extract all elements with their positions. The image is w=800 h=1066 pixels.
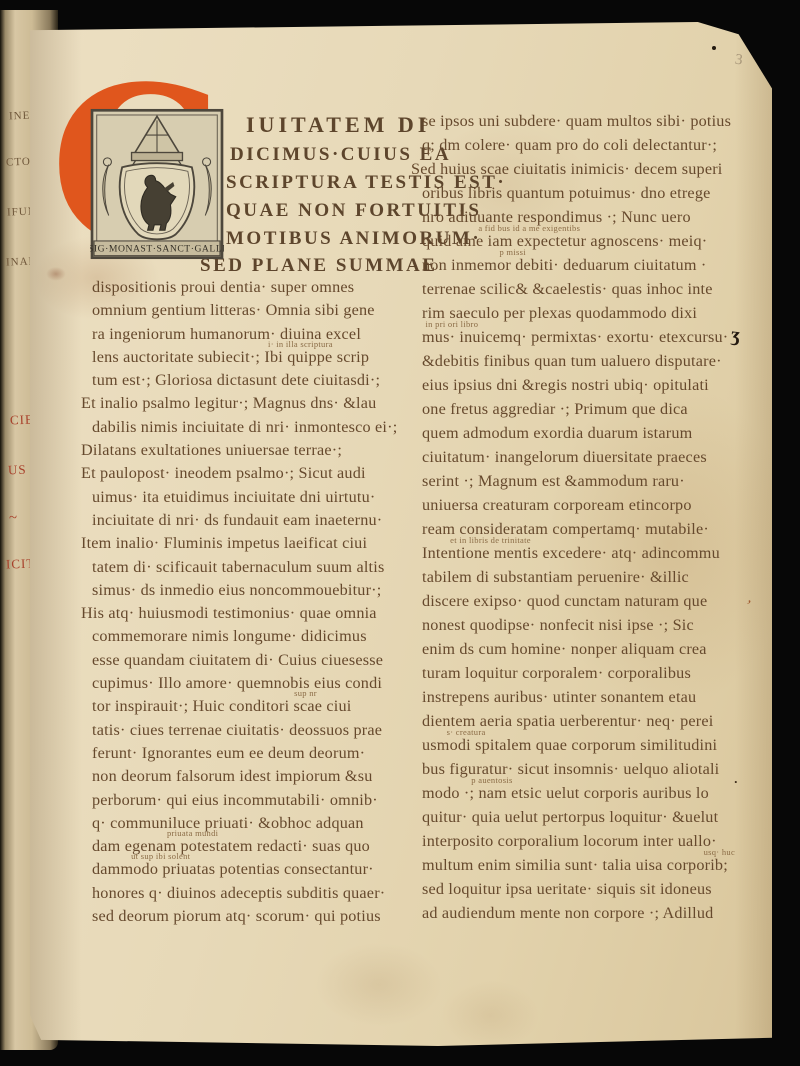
text-line: i· in illa scripturalens auctoritate sub… — [92, 344, 418, 367]
line-text: inciuitate di nri· ds fundauit eam inaet… — [92, 511, 382, 529]
line-text: dammodo priuatas potentias consectantur· — [92, 860, 374, 878]
text-line: nonest quodipse· nonfecit nisi ipse ·; S… — [422, 612, 774, 636]
line-text: His atq· huiusmodi testimonius· quae omn… — [81, 604, 377, 622]
text-line: dabilis nimis inciuitate di nri· inmonte… — [92, 414, 418, 437]
incipit-line: IUITATEM DI — [246, 112, 430, 138]
text-line: one fretus aggrediar ·; Primum que dica — [422, 396, 774, 420]
line-text: ad audiendum mente non corpore ·; Adillu… — [422, 904, 713, 922]
decorated-initial: C SIG — [58, 80, 238, 280]
text-line: tabilem di substantiam peruenire· &illic — [422, 564, 774, 588]
text-line: terrenae scilic& &caelestis· quas inhoc … — [422, 276, 774, 300]
text-line: perborum· qui eius incommutabili· omnib· — [92, 787, 418, 810]
interlinear-gloss: et in libris de trinitate — [450, 536, 531, 545]
spine-text-fragment: INE — [9, 110, 31, 123]
text-line: q· communiluce priuati· &obhoc adquan — [92, 810, 418, 833]
line-text: serint ·; Magnum est &ammodum raru· — [422, 472, 685, 490]
text-line: p missinon inmemor debiti· deduarum ciui… — [422, 252, 774, 276]
line-text: non deorum falsorum idest impiorum &su — [92, 767, 373, 785]
text-line: nro adiuuante respondimus ·; Nunc uero — [422, 204, 774, 228]
line-text: tatem di· scificauit tabernaculum suum a… — [92, 558, 384, 576]
line-text: se ipsos uni subdere· quam multos sibi· … — [422, 112, 731, 130]
line-text: &debitis finibus quan tum ualuero disput… — [422, 352, 722, 370]
text-line: turam loquitur corporalem· corporalibus — [422, 660, 774, 684]
interlinear-gloss: sup nr — [294, 689, 317, 698]
line-text: q· communiluce priuati· &obhoc adquan — [92, 814, 364, 832]
line-text: interposito corporalium locorum inter ua… — [422, 832, 717, 850]
text-column-left: dispositionis proui dentia· super omneso… — [92, 274, 418, 926]
text-line: se ipsos uni subdere· quam multos sibi· … — [422, 108, 774, 132]
text-line: inciuitate di nri· ds fundauit eam inaet… — [92, 507, 418, 530]
stamp-caption: SIG·MONAST·SANCT·GALLI — [90, 244, 224, 255]
text-line: tum est·; Gloriosa dictasunt dete ciuita… — [92, 367, 418, 390]
line-text: tatis· ciues terrenae ciuitatis· deossuo… — [92, 721, 382, 739]
text-line: ciuitatum· inangelorum diuersitate praec… — [422, 444, 774, 468]
interlinear-gloss: priuata mundi — [167, 829, 218, 838]
line-text: cupimus· Illo amore· quemnobis eius cond… — [92, 674, 382, 692]
manuscript-photo: INE CTOR IFUN INAR CIE US ~ ICIT 3 C — [0, 0, 800, 1066]
text-line: sed loquitur ipsa ueritate· siquis sit i… — [422, 876, 774, 900]
line-text: nonest quodipse· nonfecit nisi ipse ·; S… — [422, 616, 694, 634]
line-text: discere exipso· quod cunctam naturam que — [422, 592, 707, 610]
line-text: tabilem di substantiam peruenire· &illic — [422, 568, 689, 586]
interlinear-gloss: a fid bus id a me exigentibs — [478, 224, 580, 233]
text-line: q; dm colere· quam pro do coli delectant… — [422, 132, 774, 156]
text-line: cupimus· Illo amore· quemnobis eius cond… — [92, 670, 418, 693]
line-text: turam loquitur corporalem· corporalibus — [422, 664, 691, 682]
text-line: commemorare nimis longume· didicimus — [92, 623, 418, 646]
text-line: quitur· quia uelut pertorpus loquitur· &… — [422, 804, 774, 828]
line-text: omnium gentium litteras· Omnia sibi gene — [92, 301, 375, 319]
text-line: serint ·; Magnum est &ammodum raru· — [422, 468, 774, 492]
line-text: esse quandam ciuitatem di· Cuius ciueses… — [92, 651, 383, 669]
interlinear-gloss: usq· huc — [704, 848, 735, 857]
spine-rubric-fragment: US — [8, 462, 27, 479]
line-text: ferunt· Ignorantes eum ee deum deorum· — [92, 744, 365, 762]
line-text: tor inspirauit·; Huic conditori scae ciu… — [92, 697, 352, 715]
text-line: p auentosismodo ·; nam etsic uelut corpo… — [422, 780, 774, 804]
text-line: esse quandam ciuitatem di· Cuius ciueses… — [92, 647, 418, 670]
line-text: enim ds cum homine· nonper aliquam crea — [422, 640, 707, 658]
line-text: quem admodum exordia duarum istarum — [422, 424, 692, 442]
text-line: honores q· diuinos adeceptis subditis qu… — [92, 880, 418, 903]
line-text: Et paulopost· ineodem psalmo·; Sicut aud… — [81, 464, 366, 482]
text-line: &debitis finibus quan tum ualuero disput… — [422, 348, 774, 372]
text-column-right: se ipsos uni subdere· quam multos sibi· … — [422, 108, 774, 924]
line-text: non inmemor debiti· deduarum ciuitatum · — [422, 256, 706, 274]
line-text: eius ipsius dni &regis nostri ubiq· opit… — [422, 376, 709, 394]
line-text: sed loquitur ipsa ueritate· siquis sit i… — [422, 880, 712, 898]
line-text: lens auctoritate subiecit·; Ibi quippe s… — [92, 348, 369, 366]
line-text: Intentione mentis excedere· atq· adincom… — [422, 544, 720, 562]
line-text: perborum· qui eius incommutabili· omnib· — [92, 791, 378, 809]
st-gall-bear-stamp-icon: SIG·MONAST·SANCT·GALLI — [90, 108, 224, 260]
text-line: instrepens auribus· utinter sonantem eta… — [422, 684, 774, 708]
text-line: uimus· ita etuidimus inciuitate dni uirt… — [92, 484, 418, 507]
text-line: ad audiendum mente non corpore ·; Adillu… — [422, 900, 774, 924]
interlinear-gloss: p missi — [499, 248, 525, 257]
line-text: multum enim similia sunt· talia uisa cor… — [422, 856, 728, 874]
interlinear-gloss: s· creatura — [447, 728, 486, 737]
text-line: Dilatans exultationes uniuersae terrae·; — [92, 437, 418, 460]
spine-rubric-fragment: ~ — [9, 510, 19, 527]
text-line: eius ipsius dni &regis nostri ubiq· opit… — [422, 372, 774, 396]
text-line: oribus libris quantum potuimus· dno etre… — [422, 180, 774, 204]
line-text: bus figuratur· sicut insomnis· uelquo al… — [422, 760, 719, 778]
text-line: usq· hucmultum enim similia sunt· talia … — [422, 852, 774, 876]
line-text: instrepens auribus· utinter sonantem eta… — [422, 688, 696, 706]
line-text: honores q· diuinos adeceptis subditis qu… — [92, 884, 385, 902]
text-line: ut sup ibi solentdammodo priuatas potent… — [92, 856, 418, 879]
ink-dot — [712, 46, 716, 50]
interlinear-gloss: ut sup ibi solent — [131, 852, 190, 861]
text-line: tatis· ciues terrenae ciuitatis· deossuo… — [92, 717, 418, 740]
text-line: His atq· huiusmodi testimonius· quae omn… — [92, 600, 418, 623]
text-line: a fid bus id a me exigentibsquid ame iam… — [422, 228, 774, 252]
text-line: sed deorum piorum atq· scorum· qui potiu… — [92, 903, 418, 926]
line-text: Item inalio· Fluminis impetus laeificat … — [81, 534, 367, 552]
text-line: simus· ds inmedio eius noncommouebitur·; — [92, 577, 418, 600]
line-text: q; dm colere· quam pro do coli delectant… — [422, 136, 717, 154]
text-line: Et paulopost· ineodem psalmo·; Sicut aud… — [92, 460, 418, 483]
text-line: sup nrtor inspirauit·; Huic conditori sc… — [92, 693, 418, 716]
text-line: Item inalio· Fluminis impetus laeificat … — [92, 530, 418, 553]
folio-number: 3 — [733, 52, 743, 70]
interlinear-gloss: p auentosis — [471, 776, 512, 785]
text-line: quem admodum exordia duarum istarum — [422, 420, 774, 444]
interlinear-gloss: i· in illa scriptura — [268, 340, 333, 349]
text-line: ra ingeniorum humanorum· diuina excel — [92, 321, 418, 344]
line-text: Dilatans exultationes uniuersae terrae·; — [81, 441, 342, 459]
line-text: quid ame iam expectetur agnoscens· meiq· — [422, 232, 707, 250]
text-line: discere exipso· quod cunctam naturam que — [422, 588, 774, 612]
line-text: commemorare nimis longume· didicimus — [92, 627, 367, 645]
text-line: uniuersa creaturam corpoream etincorpo — [422, 492, 774, 516]
line-text: simus· ds inmedio eius noncommouebitur·; — [92, 581, 381, 599]
line-text: mus· inuicemq· permixtas· exortu· etexcu… — [422, 328, 728, 346]
text-line: Sed huius scae ciuitatis inimicis· decem… — [422, 156, 774, 180]
text-line: et in libris de trinitateIntentione ment… — [422, 540, 774, 564]
text-line: ferunt· Ignorantes eum ee deum deorum· — [92, 740, 418, 763]
line-text: ciuitatum· inangelorum diuersitate praec… — [422, 448, 707, 466]
line-text: terrenae scilic& &caelestis· quas inhoc … — [422, 280, 713, 298]
text-line: non deorum falsorum idest impiorum &su — [92, 763, 418, 786]
parchment-page: 3 C — [30, 22, 772, 1046]
text-line: in pri ori libromus· inuicemq· permixtas… — [422, 324, 774, 348]
margin-mark: · — [734, 774, 738, 790]
line-text: oribus libris quantum potuimus· dno etre… — [422, 184, 711, 202]
line-text: Sed huius scae ciuitatis inimicis· decem… — [411, 160, 723, 178]
text-line: enim ds cum homine· nonper aliquam crea — [422, 636, 774, 660]
line-text: uniuersa creaturam corpoream etincorpo — [422, 496, 692, 514]
interlinear-gloss: in pri ori libro — [426, 320, 479, 329]
line-text: Et inalio psalmo legitur·; Magnus dns· &… — [81, 394, 376, 412]
line-text: modo ·; nam etsic uelut corporis auribus… — [422, 784, 709, 802]
text-line: s· creaturausmodi spitalem quae corporum… — [422, 732, 774, 756]
line-text: dabilis nimis inciuitate di nri· inmonte… — [92, 418, 397, 436]
line-text: one fretus aggrediar ·; Primum que dica — [422, 400, 688, 418]
line-text: usmodi spitalem quae corporum similitudi… — [422, 736, 717, 754]
line-text: quitur· quia uelut pertorpus loquitur· &… — [422, 808, 718, 826]
text-line: tatem di· scificauit tabernaculum suum a… — [92, 554, 418, 577]
text-line: omnium gentium litteras· Omnia sibi gene — [92, 297, 418, 320]
line-text: uimus· ita etuidimus inciuitate dni uirt… — [92, 488, 376, 506]
line-text: sed deorum piorum atq· scorum· qui potiu… — [92, 907, 381, 925]
line-text: tum est·; Gloriosa dictasunt dete ciuita… — [92, 371, 380, 389]
text-line: Et inalio psalmo legitur·; Magnus dns· &… — [92, 390, 418, 413]
